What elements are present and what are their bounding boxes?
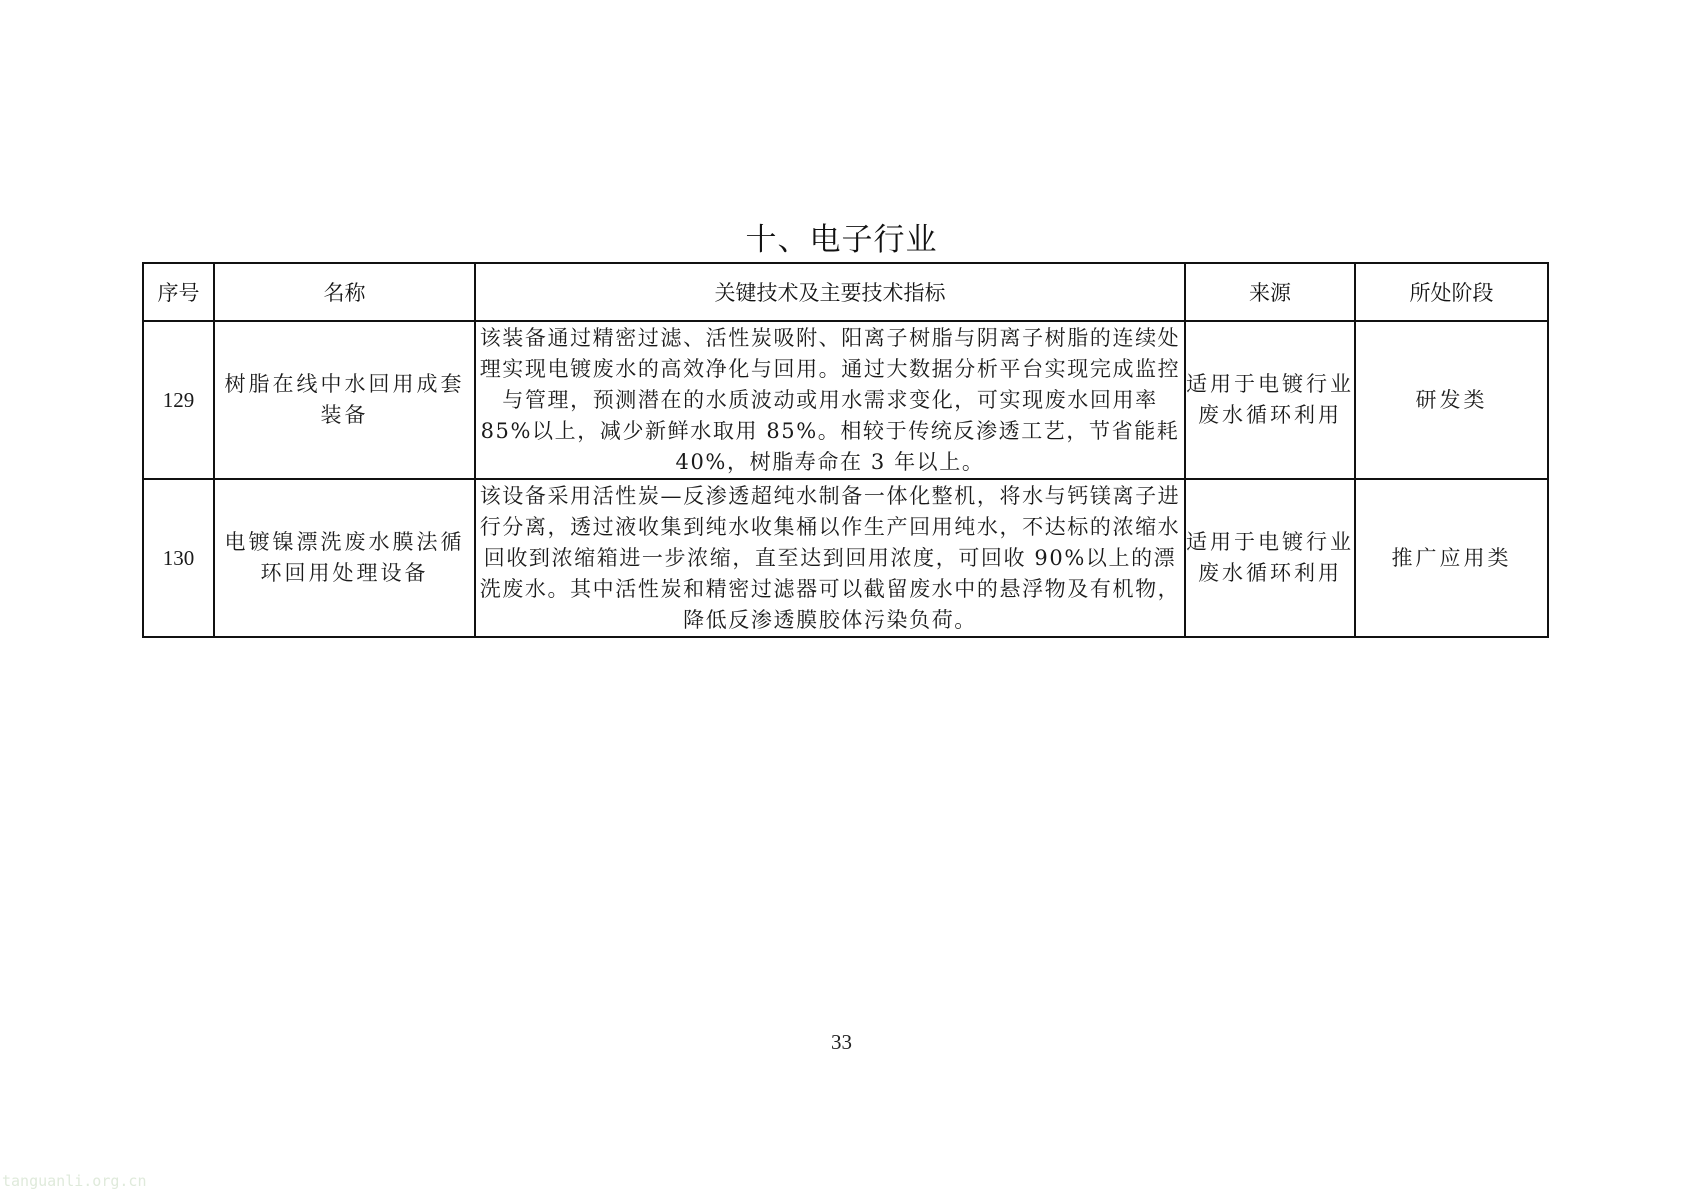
cell-source: 适用于电镀行业废水循环利用	[1185, 321, 1355, 479]
page-number: 33	[0, 1030, 1683, 1055]
cell-stage: 推广应用类	[1355, 479, 1548, 637]
section-title: 十、电子行业	[0, 214, 1683, 259]
header-stage: 所处阶段	[1355, 263, 1548, 321]
table-header-row: 序号 名称 关键技术及主要技术指标 来源 所处阶段	[143, 263, 1548, 321]
cell-description: 该设备采用活性炭—反渗透超纯水制备一体化整机，将水与钙镁离子进行分离，透过液收集…	[475, 479, 1185, 637]
header-serial-no: 序号	[143, 263, 214, 321]
watermark: tanguanli.org.cn	[2, 1172, 147, 1190]
table-row: 129 树脂在线中水回用成套装备 该装备通过精密过滤、活性炭吸附、阳离子树脂与阴…	[143, 321, 1548, 479]
header-source: 来源	[1185, 263, 1355, 321]
cell-stage: 研发类	[1355, 321, 1548, 479]
cell-serial-no: 130	[143, 479, 214, 637]
table-row: 130 电镀镍漂洗废水膜法循环回用处理设备 该设备采用活性炭—反渗透超纯水制备一…	[143, 479, 1548, 637]
equipment-table: 序号 名称 关键技术及主要技术指标 来源 所处阶段 129 树脂在线中水回用成套…	[142, 262, 1549, 638]
cell-name: 电镀镍漂洗废水膜法循环回用处理设备	[214, 479, 475, 637]
cell-source: 适用于电镀行业废水循环利用	[1185, 479, 1355, 637]
cell-name: 树脂在线中水回用成套装备	[214, 321, 475, 479]
cell-serial-no: 129	[143, 321, 214, 479]
header-key-technology: 关键技术及主要技术指标	[475, 263, 1185, 321]
cell-description: 该装备通过精密过滤、活性炭吸附、阳离子树脂与阴离子树脂的连续处理实现电镀废水的高…	[475, 321, 1185, 479]
header-name: 名称	[214, 263, 475, 321]
